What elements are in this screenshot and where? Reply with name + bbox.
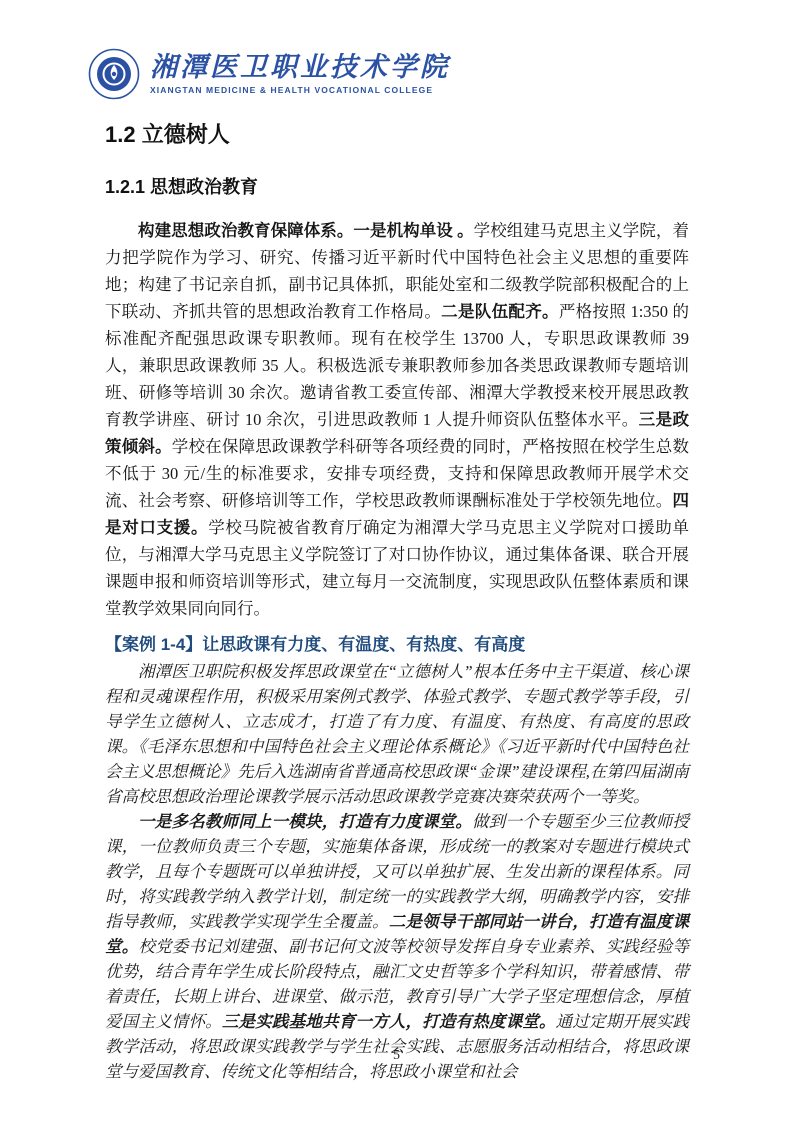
page-number: 5	[0, 1048, 793, 1064]
text-segment: 学校在保障思政课教学科研等各项经费的同时，严格按照在校学生总数不低于 30 元/…	[105, 437, 689, 510]
case-paragraph-1: 湘潭医卫职院积极发挥思政课堂在“立德树人”根本任务中主干渠道、核心课程和灵魂课程…	[105, 659, 689, 809]
case-paragraph-2: 一是多名教师同上一模块，打造有力度课堂。做到一个专题至少三位教师授课，一位教师负…	[105, 809, 689, 1084]
section-heading: 1.2 立德树人	[105, 118, 689, 149]
text-segment: 一是多名教师同上一模块，打造有力度课堂。	[138, 812, 472, 831]
header-logo: 湘潭医卫职业技术学院 XIANGTAN MEDICINE & HEALTH VO…	[88, 48, 450, 100]
subsection-heading: 1.2.1 思想政治教育	[105, 173, 689, 199]
college-name-en: XIANGTAN MEDICINE & HEALTH VOCATIONAL CO…	[150, 85, 450, 95]
text-segment: 二是队伍配齐。	[441, 302, 559, 321]
text-segment: 三是实践基地共育一方人，打造有热度课堂。	[222, 1012, 556, 1031]
text-segment: 严格按照 1:350 的标准配齐配强思政课专职教师。现有在校学生 13700 人…	[105, 302, 689, 429]
college-name-cn: 湘潭医卫职业技术学院	[150, 53, 450, 83]
body-paragraph-1: 构建思想政治教育保障体系。一是机构单设 。学校组建马克思主义学院，着力把学院作为…	[105, 217, 689, 622]
college-emblem-icon	[88, 48, 140, 100]
case-heading: 【案例 1-4】让思政课有力度、有温度、有热度、有高度	[105, 630, 689, 655]
college-name-block: 湘潭医卫职业技术学院 XIANGTAN MEDICINE & HEALTH VO…	[150, 53, 450, 95]
document-page: 湘潭医卫职业技术学院 XIANGTAN MEDICINE & HEALTH VO…	[0, 0, 793, 1122]
text-segment: 构建思想政治教育保障体系。一是机构单设 。	[138, 221, 474, 240]
document-content: 1.2 立德树人 1.2.1 思想政治教育 构建思想政治教育保障体系。一是机构单…	[105, 118, 689, 1084]
